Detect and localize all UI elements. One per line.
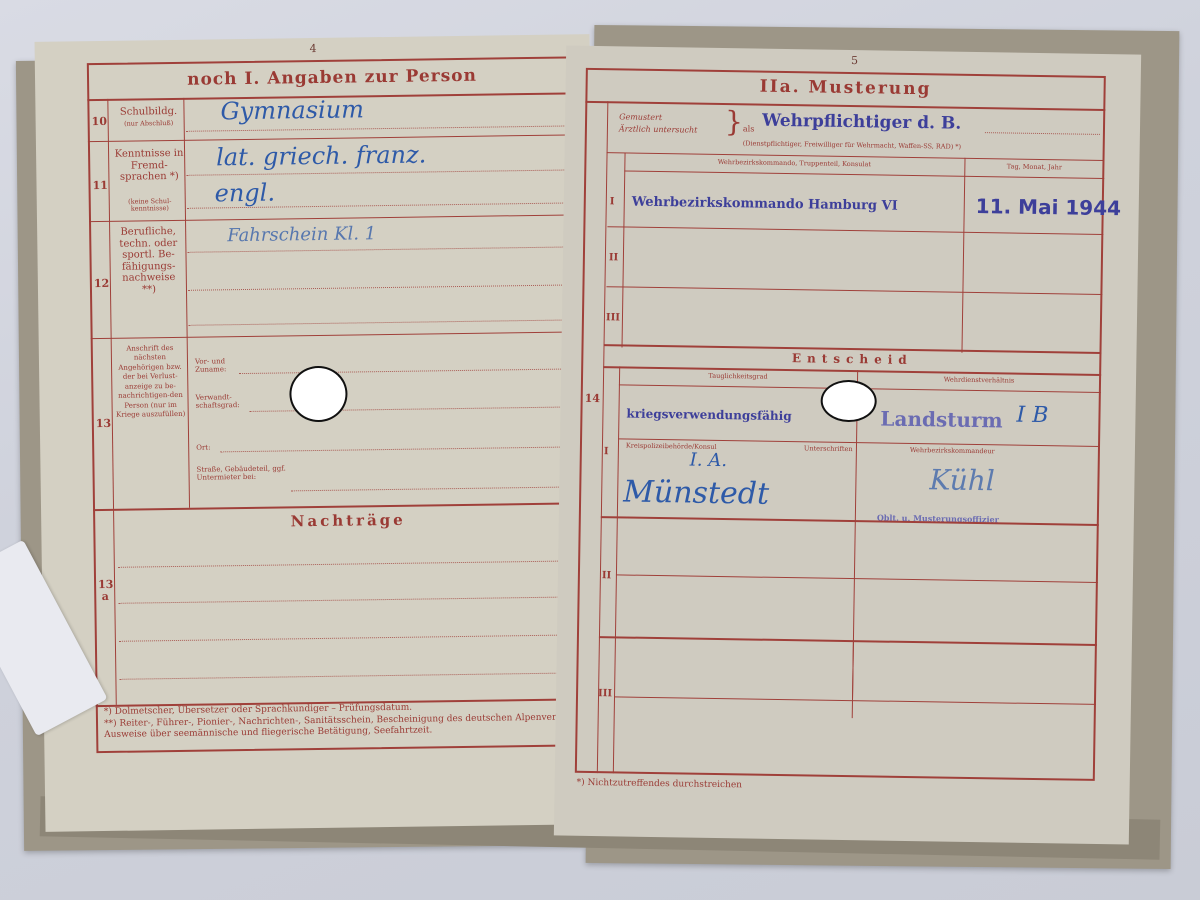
page-number: 4	[310, 42, 317, 55]
fitness-stamp: kriegsverwendungsfähig	[626, 407, 791, 424]
row-roman-II: II	[602, 570, 612, 581]
wehrpflichtiger-stamp: Wehrpflichtiger d. B.	[762, 111, 961, 134]
row-number-13a: 13 a	[98, 579, 112, 603]
fremdsprachen-entry-line1: lat. griech. franz.	[216, 140, 427, 171]
field-relation-label: Verwandt-schaftsgrad:	[195, 393, 245, 410]
fremdsprachen-sublabel: (keine Schul-kenntnisse)	[115, 198, 185, 214]
field-street-label: Straße, Gebäudeteil, ggf. Untermieter be…	[196, 464, 296, 481]
befaehigung-entry: Fahrschein Kl. 1	[227, 223, 376, 246]
left-page: 4 noch I. Angaben zur Person 10 Schulbil…	[35, 34, 601, 832]
field-city-label: Ort:	[196, 443, 210, 451]
police-signature-ia: I. A.	[690, 450, 728, 472]
landsturm-stamp: Landsturm	[880, 407, 1003, 433]
row-roman-III: III	[598, 688, 612, 699]
page-number: 5	[851, 54, 858, 67]
row-number-11: 11	[92, 179, 107, 192]
schulbildung-entry: Gymnasium	[220, 95, 364, 125]
commander-signature: Kühl	[929, 463, 995, 497]
als-label: als	[743, 124, 755, 133]
row-roman-I: I	[610, 196, 615, 207]
angehoerige-label: Anschrift des nächsten Angehörigen bzw. …	[115, 344, 186, 420]
date-stamp: 11. Mai 1944	[976, 194, 1122, 220]
fremdsprachen-entry-line2: engl.	[214, 179, 275, 208]
row-roman-III: III	[606, 312, 620, 323]
row-number-14: 14	[585, 392, 601, 405]
row-roman-I: I	[604, 446, 609, 457]
schulbildung-sublabel: (nur Abschluß)	[114, 120, 184, 128]
kommandeur-label: Wehrbezirkskommandeur	[910, 447, 995, 456]
aerztlich-label: Ärztlich untersucht	[619, 124, 698, 134]
field-name-label: Vor- und Zuname:	[195, 357, 239, 374]
footnote: *) Nichtzutreffendes durchstreichen	[577, 778, 743, 791]
fremdsprachen-label: Kenntnisse in Fremd-sprachen *)	[114, 148, 184, 183]
brace-icon: }	[725, 106, 743, 138]
row-number-12: 12	[94, 277, 109, 290]
right-page: 5 IIa. Musterung Gemustert Ärztlich unte…	[554, 46, 1141, 845]
police-signature: Münstedt	[623, 474, 769, 511]
gemustert-label: Gemustert	[619, 112, 662, 122]
row-number-10: 10	[92, 115, 107, 128]
unterschriften-label: Unterschriften	[804, 445, 853, 453]
service-handwritten: I B	[1016, 403, 1048, 428]
befaehigung-label: Berufliche, techn. oder sportl. Be-fähig…	[115, 226, 182, 296]
row-number-13: 13	[96, 417, 111, 430]
row-roman-II: II	[609, 252, 619, 263]
schulbildung-label: Schulbildg.	[113, 106, 183, 118]
